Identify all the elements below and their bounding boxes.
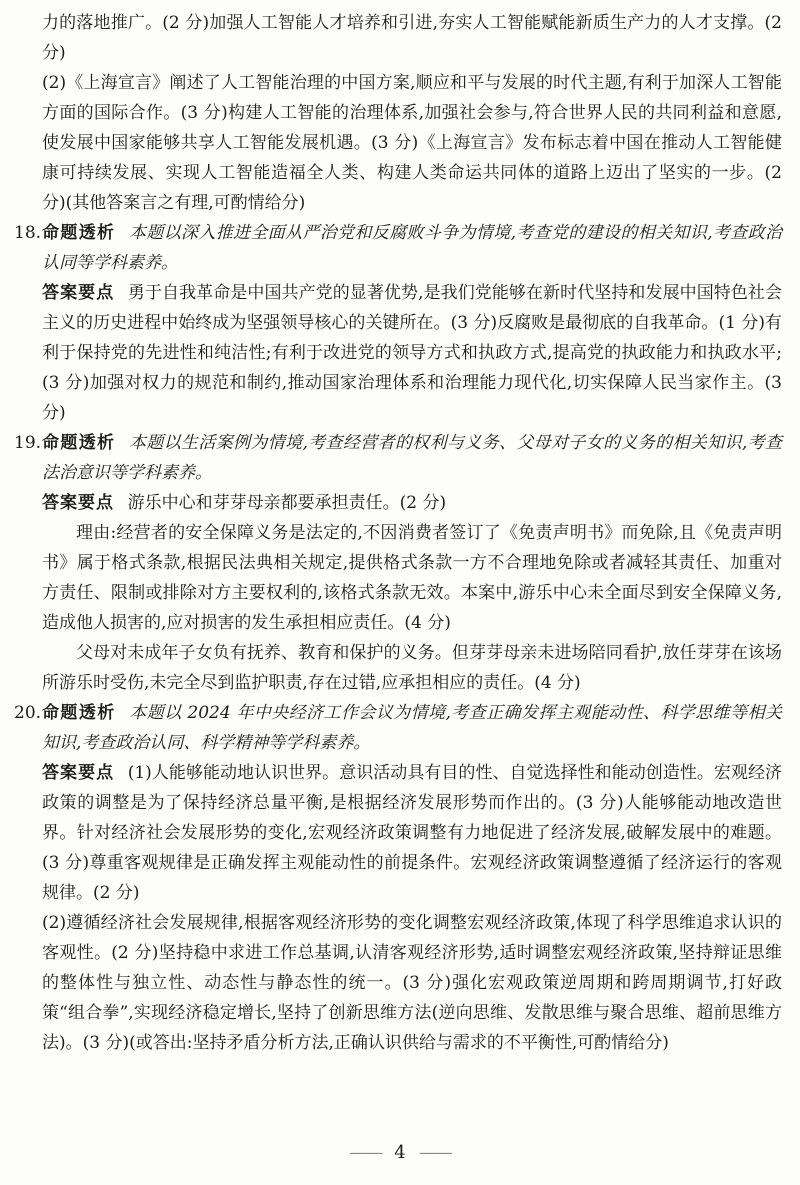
answer-paragraph: 答案要点游乐中心和芽芽母亲都要承担责任。(2 分) (42, 488, 782, 518)
analysis-paragraph: 命题透析本题以 2024 年中央经济工作会议为情境,考查正确发挥主观能动性、科学… (42, 698, 782, 758)
analysis-paragraph: 命题透析本题以生活案例为情境,考查经营者的权利与义务、父母对子女的义务的相关知识… (42, 428, 782, 488)
answer-parents-paragraph: 父母对未成年子女负有抚养、教育和保护的义务。但芽芽母亲未进场陪同看护,放任芽芽在… (42, 638, 782, 698)
intro-continuation-paragraph: 力的落地推广。(2 分)加强人工智能人才培养和引进,夯实人工智能赋能新质生产力的… (42, 8, 782, 68)
question-number-18: 18. (14, 218, 41, 248)
footer-dash-left: —— (349, 1142, 381, 1163)
analysis-paragraph: 命题透析本题以深入推进全面从严治党和反腐败斗争为情境,考查党的建设的相关知识,考… (42, 218, 782, 278)
analysis-label: 命题透析 (42, 703, 116, 722)
answer-label: 答案要点 (42, 493, 114, 512)
answer-text: 游乐中心和芽芽母亲都要承担责任。(2 分) (128, 493, 446, 513)
footer-page-number: 4 (394, 1142, 405, 1163)
analysis-text: 本题以 2024 年中央经济工作会议为情境,考查正确发挥主观能动性、科学思维等相… (42, 703, 782, 753)
question-item-18: 18. 命题透析本题以深入推进全面从严治党和反腐败斗争为情境,考查党的建设的相关… (42, 218, 782, 428)
answer-text: 勇于自我革命是中国共产党的显著优势,是我们党能够在新时代坚持和发展中国特色社会主… (42, 283, 782, 423)
question-number-19: 19. (14, 428, 41, 458)
analysis-text: 本题以生活案例为情境,考查经营者的权利与义务、父母对子女的义务的相关知识,考查法… (42, 433, 782, 483)
answer-label: 答案要点 (42, 283, 114, 302)
intro-paragraph-2: (2)《上海宣言》阐述了人工智能治理的中国方案,顺应和平与发展的时代主题,有利于… (42, 68, 782, 218)
analysis-label: 命题透析 (42, 223, 115, 242)
answer-key-content: 力的落地推广。(2 分)加强人工智能人才培养和引进,夯实人工智能赋能新质生产力的… (42, 8, 782, 1058)
answer-paragraph-part2: (2)遵循经济社会发展规律,根据客观经济形势的变化调整宏观经济政策,体现了科学思… (42, 908, 782, 1058)
answer-text: (1)人能够能动地认识世界。意识活动具有目的性、自觉选择性和能动创造性。宏观经济… (42, 763, 782, 903)
document-page: 力的落地推广。(2 分)加强人工智能人才培养和引进,夯实人工智能赋能新质生产力的… (0, 0, 800, 1185)
analysis-label: 命题透析 (42, 433, 115, 452)
analysis-text: 本题以深入推进全面从严治党和反腐败斗争为情境,考查党的建设的相关知识,考查政治认… (42, 223, 782, 273)
question-item-20: 20. 命题透析本题以 2024 年中央经济工作会议为情境,考查正确发挥主观能动… (42, 698, 782, 1058)
question-item-19: 19. 命题透析本题以生活案例为情境,考查经营者的权利与义务、父母对子女的义务的… (42, 428, 782, 698)
answer-paragraph: 答案要点勇于自我革命是中国共产党的显著优势,是我们党能够在新时代坚持和发展中国特… (42, 278, 782, 428)
page-footer: ——4—— (0, 1138, 800, 1168)
question-number-20: 20. (14, 698, 41, 728)
answer-label: 答案要点 (42, 763, 114, 782)
answer-reason-paragraph: 理由:经营者的安全保障义务是法定的,不因消费者签订了《免责声明书》而免除,且《免… (42, 518, 782, 638)
footer-dash-right: —— (419, 1142, 451, 1163)
answer-paragraph-part1: 答案要点(1)人能够能动地认识世界。意识活动具有目的性、自觉选择性和能动创造性。… (42, 758, 782, 908)
